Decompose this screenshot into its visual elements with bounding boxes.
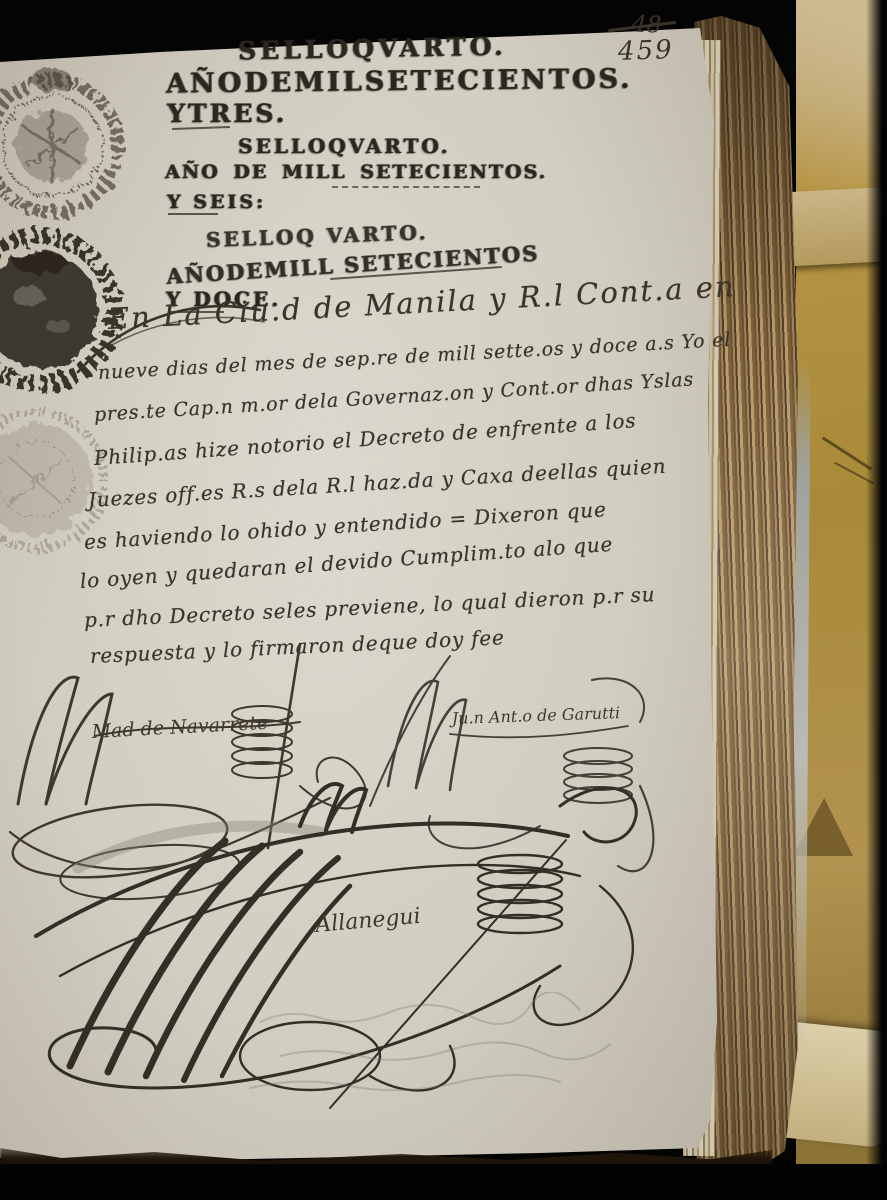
show-through-marks: [240, 992, 710, 1122]
background-bottom: [0, 1164, 887, 1200]
stamp-underline: [332, 186, 480, 188]
initial-swash: [50, 288, 280, 388]
royal-seal-faint: [0, 412, 104, 548]
right-signature-name: Ju.n Ant.o de Garutti: [448, 703, 620, 728]
sello-quarto-stamp-1706-line3: Y SEIS:: [167, 191, 266, 213]
right-signature-rubric: [370, 656, 653, 871]
manuscript-photo: SELLOQVARTO. AÑODEMILSETECIENTOS. YTRES.…: [0, 0, 887, 1200]
sello-quarto-stamp-1703-line1: SELLOQVARTO.: [238, 32, 507, 66]
stamp-underline: [168, 213, 218, 215]
sello-quarto-stamp-1706-line2: AÑO DE MILL SETECIENTOS.: [165, 161, 547, 183]
sello-quarto-stamp-1706-line1: SELLOQVARTO.: [238, 134, 451, 158]
folio-number: 459: [617, 35, 674, 67]
left-signature-name: Mad de Navarrete: [90, 712, 269, 743]
background-shadow: [866, 0, 887, 1200]
sello-quarto-stamp-1703-line3: YTRES.: [167, 99, 287, 128]
royal-seal-light: [0, 68, 118, 212]
sello-quarto-stamp-1703-line2: AÑODEMILSETECIENTOS.: [166, 64, 633, 100]
